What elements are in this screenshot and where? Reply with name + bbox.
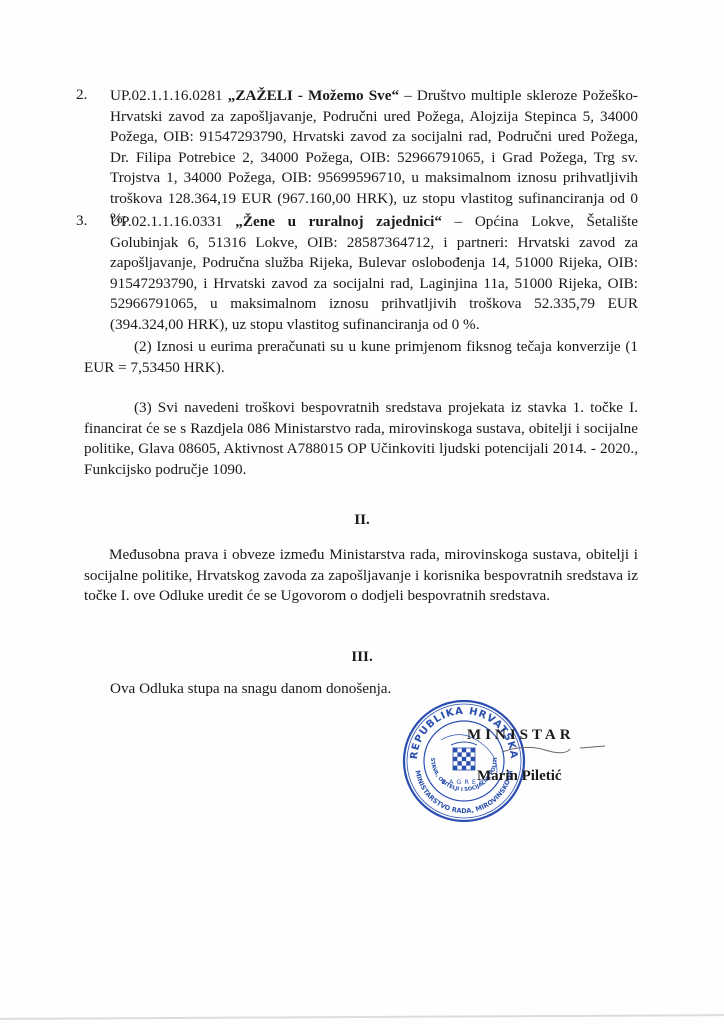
- section-heading-iii: III.: [0, 648, 724, 666]
- list-number: 2.: [76, 86, 87, 104]
- project-title: „ZAŽELI - Možemo Sve“: [228, 87, 399, 104]
- scan-edge-line: [0, 1014, 724, 1020]
- paragraph-3: (3) Svi navedeni troškovi bespovratnih s…: [84, 398, 638, 480]
- official-stamp-icon: REPUBLIKA HRVATSKA MINISTARSTVO RADA, MI…: [401, 698, 527, 824]
- document-page: 2. UP.02.1.1.16.0281 „ZAŽELI - Možemo Sv…: [0, 0, 724, 1024]
- signature-scribble-icon: [500, 742, 610, 756]
- project-title: „Žene u ruralnoj zajednici“: [235, 213, 442, 230]
- list-item-3: 3. UP.02.1.1.16.0331 „Žene u ruralnoj za…: [76, 212, 638, 335]
- paragraph-2: (2) Iznosi u eurima preračunati su u kun…: [84, 337, 638, 378]
- section-ii-text: Međusobna prava i obveze između Ministar…: [84, 545, 638, 607]
- list-item-body: UP.02.1.1.16.0281 „ZAŽELI - Možemo Sve“ …: [110, 86, 638, 230]
- signature-name: Marin Piletić: [477, 768, 562, 785]
- section-heading-ii: II.: [0, 511, 724, 529]
- project-code: UP.02.1.1.16.0331: [110, 213, 223, 230]
- list-item-body: UP.02.1.1.16.0331 „Žene u ruralnoj zajed…: [110, 212, 638, 335]
- project-details: – Općina Lokve, Šetalište Golubinjak 6, …: [110, 213, 638, 333]
- list-number: 3.: [76, 212, 87, 230]
- list-item-2: 2. UP.02.1.1.16.0281 „ZAŽELI - Možemo Sv…: [76, 86, 638, 230]
- project-code: UP.02.1.1.16.0281: [110, 87, 223, 104]
- section-iii-text: Ova Odluka stupa na snagu danom donošenj…: [110, 680, 391, 698]
- project-details: – Društvo multiple skleroze Požeško-Hrva…: [110, 87, 638, 227]
